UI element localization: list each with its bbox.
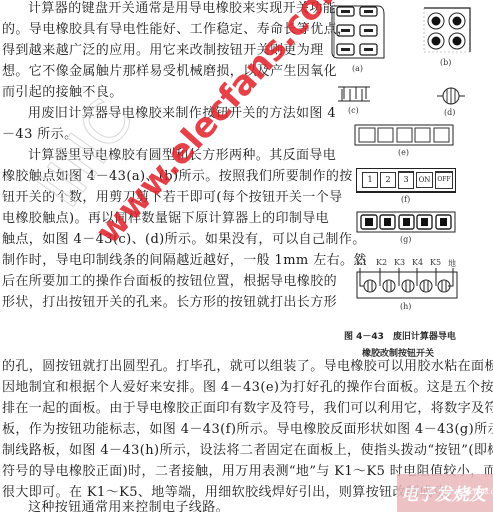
terminal-k3: K3 xyxy=(394,258,405,267)
figure-f-labeled-panel: 1 2 3 ON OFF (f) xyxy=(356,168,456,193)
text-line: 触点，如图 4－43(c)、(d)所示。如果没有，可以自己制作。 xyxy=(2,232,328,248)
figure-e-panel-holes: (e) xyxy=(354,124,454,146)
terminal-k2: K2 xyxy=(376,258,387,267)
panel-button-on: ON xyxy=(416,172,433,188)
figure-label-e: (e) xyxy=(398,148,409,157)
figure-a-rect-contacts: (a) xyxy=(330,2,386,62)
figure-caption-line1: 图 4－43 废旧计算器导电 xyxy=(344,329,456,342)
figure-label-c: (c) xyxy=(348,106,359,115)
logo-english-text: Elecfans.com xyxy=(459,488,493,496)
panel-button-3: 3 xyxy=(398,171,414,189)
text-line: 形状，打出按钮开关的孔来。长方形的按钮就打出长方形 xyxy=(2,295,328,311)
text-line: 用废旧计算器导电橡胶来制作按钮开关的方法如图 4 xyxy=(2,106,354,122)
panel-button-2: 2 xyxy=(380,172,396,188)
figure-caption-line2: 橡胶改制按钮开关 xyxy=(362,346,434,359)
text-line: 计算器里导电橡胶有圆型和长方形两种。其反面导电 xyxy=(2,148,354,164)
text-line: 制线路板，如图 4－43(h)所示，设法将二者固定在面板上，使指头拨动“按钮”(… xyxy=(2,443,492,459)
figure-b-round-contacts: (b) xyxy=(422,6,472,54)
panel-button-1: 1 xyxy=(362,172,378,188)
text-line: 的。导电橡胶具有导电性能好、工作稳定、寿命长等优点， xyxy=(2,22,328,38)
terminal-k4: K4 xyxy=(412,258,423,267)
text-line: 计算器的键盘开关通常是用导电橡胶来实现开关功能 xyxy=(2,1,354,17)
figure-label-b: (b) xyxy=(440,58,451,67)
text-line: 橡胶触点如图 4－43(a)、(b)所示。按照我们所要制作的按 xyxy=(2,169,328,185)
terminal-k1: K1 xyxy=(356,258,367,267)
figure-label-a: (a) xyxy=(352,64,363,73)
text-line: 得到越来越广泛的应用。用它来改制按钮开关则更为理 xyxy=(2,43,328,59)
figure-g-rubber-back: (g) xyxy=(356,211,456,233)
figure-label-g: (g) xyxy=(400,235,411,244)
figure-label-d: (d) xyxy=(444,108,455,117)
text-line: 想。它不像金属触片那样易受机械磨损，以及产生因氧化 xyxy=(2,64,328,80)
text-line: 后在所要加工的操作台面板的按钮位置，根据导电橡胶的 xyxy=(2,274,328,290)
figure-label-h: (h) xyxy=(400,302,411,311)
text-line: 的孔，圆按钮就打出圆型孔。打毕孔，就可以组装了。导电橡胶可以用胶水粘在面板上，也… xyxy=(2,359,492,375)
text-line: 而引起的接触不良。 xyxy=(2,85,328,101)
text-line: 制作时，导电印制线条的间隔越近越好，一般 1mm 左右。然 xyxy=(2,253,328,269)
text-line: 钮开关的个数，用剪刀剪下若干即可(每个按钮开关一个导 xyxy=(2,190,328,206)
text-line: 电橡胶触点)。再以同样数量锯下原计算器上的印制导电 xyxy=(2,211,328,227)
text-line: 排在一起的面板。由于导电橡胶正面印有数字及符号，我们可以利用它，将数字及符号露出… xyxy=(2,401,492,417)
elecfans-logo-watermark: 电子发烧友 Elecfans.com xyxy=(397,474,493,512)
panel-button-off: OFF xyxy=(435,171,453,189)
figure-label-f: (f) xyxy=(401,195,410,204)
text-line: 因地制宜和根据个人爱好来安排。图 4－43(e)为打好孔的操作台面板。这是五个按… xyxy=(2,380,492,396)
figure-c-printed-comb: (c) xyxy=(336,84,372,104)
text-line: －43 所示。 xyxy=(2,127,328,143)
text-line: 板，作为按钮功能标志，如图 4－43(f)所示。导电橡胶反面形状如图 4－43(… xyxy=(2,422,492,438)
terminal-k5: K5 xyxy=(430,258,441,267)
figure-d-round-printed: (d) xyxy=(436,86,466,106)
